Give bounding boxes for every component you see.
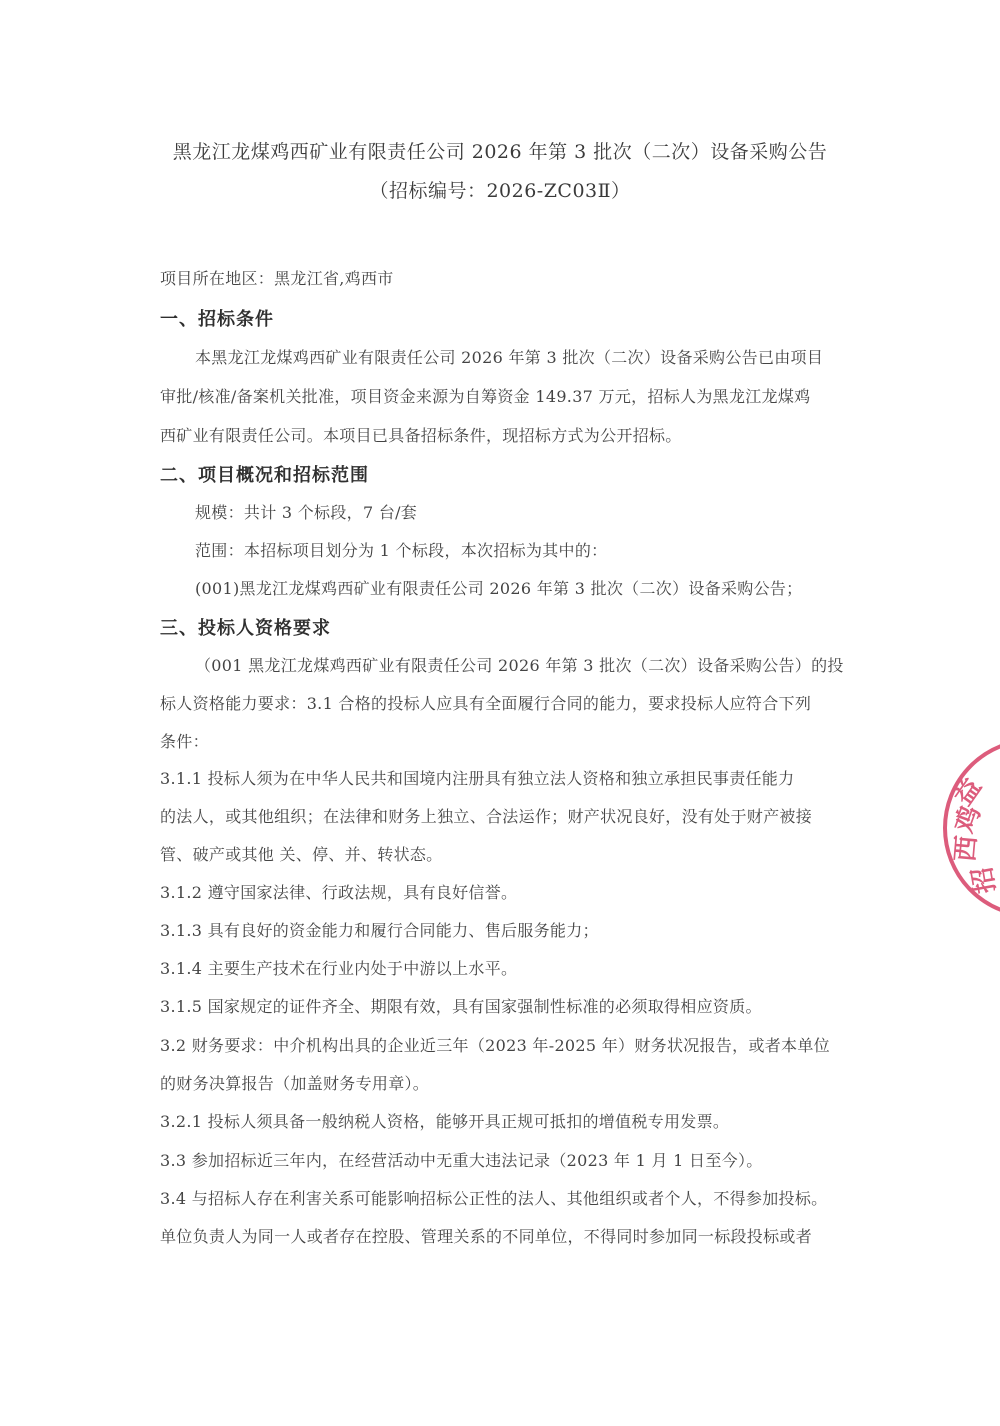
section-heading-2: 二、项目概况和招标范围 bbox=[160, 461, 369, 487]
section-3-line: 3.2 财务要求：中介机构出具的企业近三年（2023 年-2025 年）财务状况… bbox=[160, 1033, 850, 1056]
stamp-char: 招 bbox=[962, 864, 1000, 896]
section-3-line: 管、破产或其他 关、停、并、转状态。 bbox=[160, 842, 850, 865]
section-2-line: (001)黑龙江龙煤鸡西矿业有限责任公司 2026 年第 3 批次（二次）设备采… bbox=[195, 576, 850, 599]
document-page: 黑龙江龙煤鸡西矿业有限责任公司 2026 年第 3 批次（二次）设备采购公告 （… bbox=[0, 0, 1000, 1426]
section-heading-3: 三、投标人资格要求 bbox=[160, 614, 331, 640]
section-3-line: 3.1.3 具有良好的资金能力和履行合同能力、售后服务能力； bbox=[160, 918, 850, 941]
section-3-line: 3.3 参加招标近三年内，在经营活动中无重大违法记录（2023 年 1 月 1 … bbox=[160, 1148, 850, 1171]
section-3-line: 3.1.2 遵守国家法律、行政法规，具有良好信誉。 bbox=[160, 880, 850, 903]
section-2-line: 范围：本招标项目划分为 1 个标段，本次招标为其中的： bbox=[195, 538, 850, 561]
stamp-char: 西 bbox=[944, 834, 983, 863]
section-3-line: 条件： bbox=[160, 729, 850, 752]
section-1-line: 审批/核准/备案机关批准，项目资金来源为自筹资金 149.37 万元，招标人为黑… bbox=[160, 384, 850, 407]
section-3-line: 3.4 与招标人存在利害关系可能影响招标公正性的法人、其他组织或者个人，不得参加… bbox=[160, 1186, 850, 1209]
section-3-line: 3.1.5 国家规定的证件齐全、期限有效，具有国家强制性标准的必须取得相应资质。 bbox=[160, 994, 850, 1017]
official-seal-stamp: 鸡 益 西 招 bbox=[943, 738, 1000, 918]
section-heading-1: 一、招标条件 bbox=[160, 305, 274, 331]
project-location: 项目所在地区：黑龙江省,鸡西市 bbox=[160, 266, 850, 289]
section-3-line: 3.1.1 投标人须为在中华人民共和国境内注册具有独立法人资格和独立承担民事责任… bbox=[160, 766, 850, 789]
section-2-line: 规模：共计 3 个标段，7 台/套 bbox=[195, 500, 850, 523]
section-3-line: 的法人，或其他组织；在法律和财务上独立、合法运作；财产状况良好，没有处于财产被接 bbox=[160, 804, 850, 827]
section-3-line: 的财务决算报告（加盖财务专用章）。 bbox=[160, 1071, 850, 1094]
section-3-line: （001 黑龙江龙煤鸡西矿业有限责任公司 2026 年第 3 批次（二次）设备采… bbox=[195, 653, 850, 676]
section-1-line: 西矿业有限责任公司。本项目已具备招标条件，现招标方式为公开招标。 bbox=[160, 423, 850, 446]
section-3-line: 单位负责人为同一人或者存在控股、管理关系的不同单位，不得同时参加同一标段投标或者 bbox=[160, 1224, 850, 1247]
tender-number: （招标编号：2026-ZC03Ⅱ） bbox=[0, 176, 1000, 203]
document-title: 黑龙江龙煤鸡西矿业有限责任公司 2026 年第 3 批次（二次）设备采购公告 bbox=[0, 137, 1000, 164]
section-3-line: 3.2.1 投标人须具备一般纳税人资格，能够开具正规可抵扣的增值税专用发票。 bbox=[160, 1109, 850, 1132]
section-3-line: 标人资格能力要求：3.1 合格的投标人应具有全面履行合同的能力，要求投标人应符合… bbox=[160, 691, 850, 714]
section-3-line: 3.1.4 主要生产技术在行业内处于中游以上水平。 bbox=[160, 956, 850, 979]
section-1-line: 本黑龙江龙煤鸡西矿业有限责任公司 2026 年第 3 批次（二次）设备采购公告已… bbox=[195, 345, 850, 368]
